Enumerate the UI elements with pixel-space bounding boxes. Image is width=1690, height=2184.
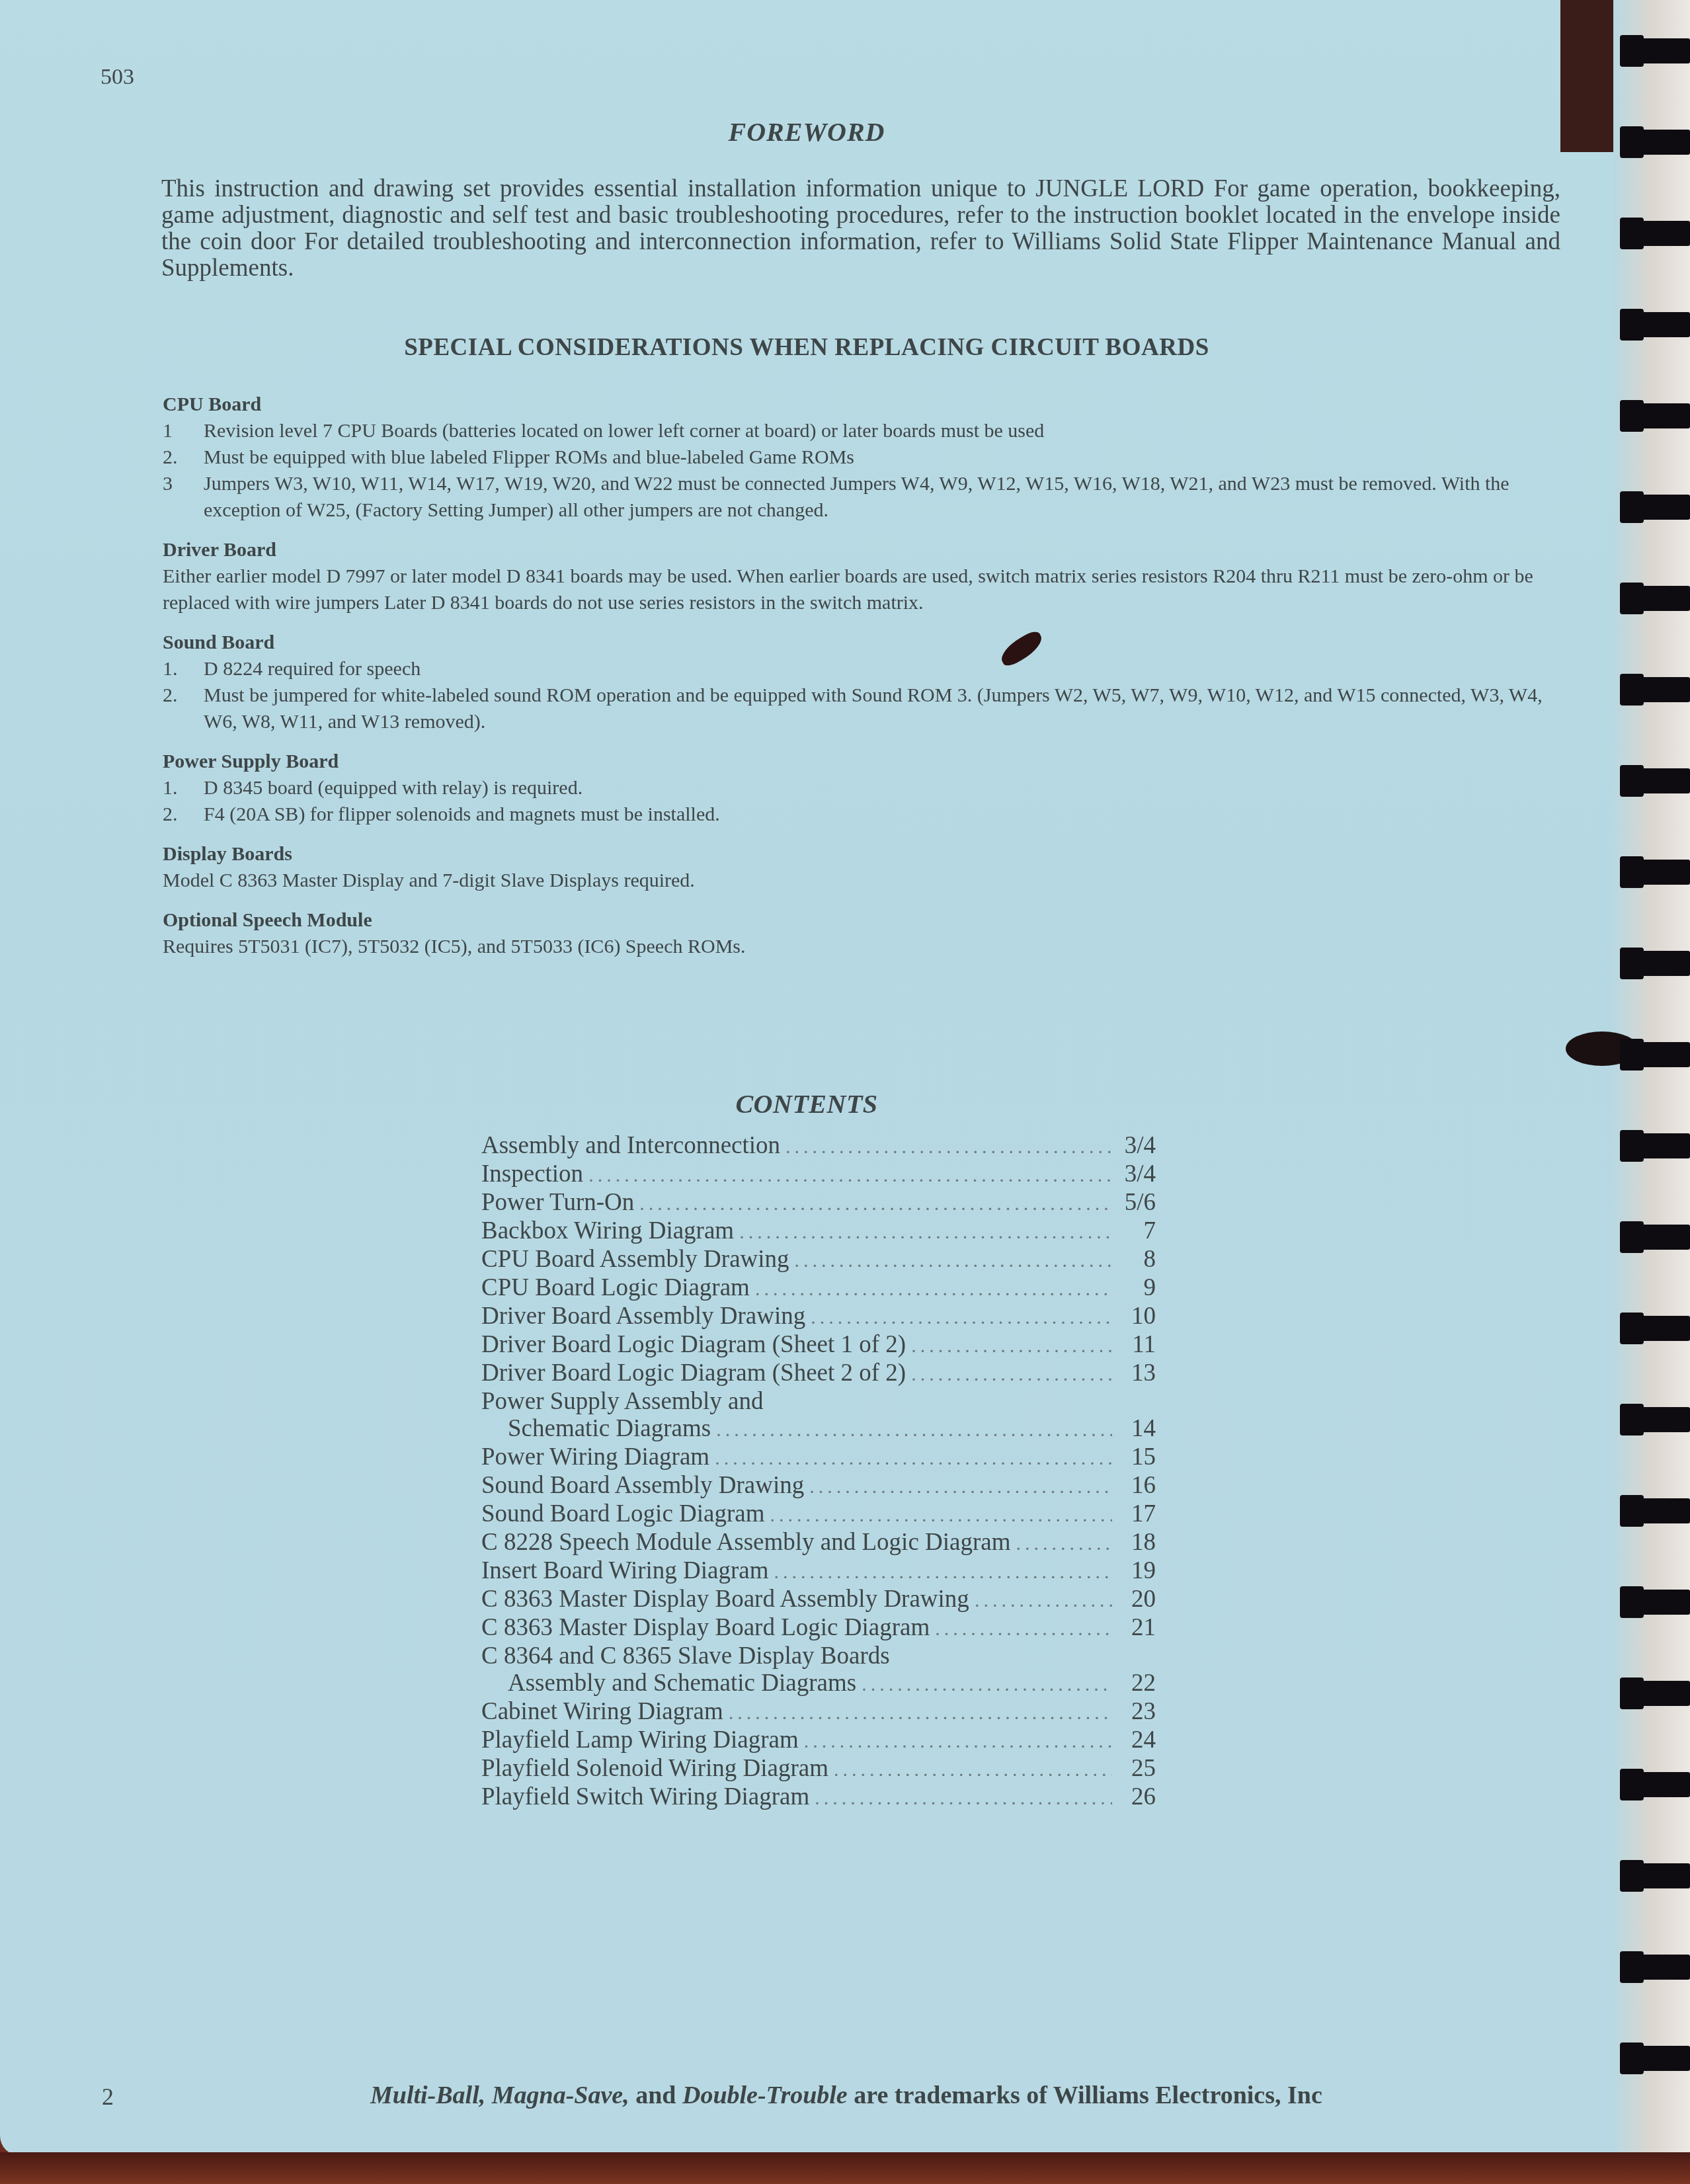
binding-ring — [1621, 860, 1690, 885]
toc-entry: Power Supply Assembly and — [481, 1388, 1156, 1415]
item-text: Jumpers W3, W10, W11, W14, W17, W19, W20… — [204, 471, 1564, 524]
list-item: 1Revision level 7 CPU Boards (batteries … — [163, 418, 1564, 444]
toc-entry: Power Turn-On...........................… — [481, 1189, 1156, 1217]
toc-entry: C 8363 Master Display Board Assembly Dra… — [481, 1586, 1156, 1614]
binding-ring — [1621, 1772, 1690, 1797]
item-text: Revision level 7 CPU Boards (batteries l… — [204, 418, 1044, 444]
section-cpu-board: CPU Board1Revision level 7 CPU Boards (b… — [163, 391, 1564, 524]
binding-ring — [1621, 1225, 1690, 1250]
toc-leader-dots: ........................................… — [834, 1756, 1112, 1783]
toc-entry: Sound Board Assembly Drawing............… — [481, 1472, 1156, 1500]
section-text: Either earlier model D 7997 or later mod… — [163, 563, 1564, 616]
trademark-names-1: Multi-Ball, Magna-Save, — [370, 2082, 629, 2109]
page-number-top: 503 — [101, 65, 134, 90]
section-driver-board: Driver BoardEither earlier model D 7997 … — [163, 537, 1564, 616]
binding-ring — [1621, 1316, 1690, 1341]
toc-entry: CPU Board Logic Diagram.................… — [481, 1274, 1156, 1303]
trademark-notice: Multi-Ball, Magna-Save, and Double-Troub… — [370, 2081, 1322, 2110]
toc-leader-dots: ........................................… — [729, 1699, 1112, 1726]
toc-label: Playfield Lamp Wiring Diagram — [481, 1726, 799, 1754]
toc-label: Playfield Switch Wiring Diagram — [481, 1783, 809, 1810]
binding-ring — [1621, 1133, 1690, 1158]
toc-leader-dots: ........................................… — [785, 1133, 1112, 1160]
item-number: 1. — [163, 656, 204, 682]
toc-page: 16 — [1117, 1472, 1156, 1499]
toc-page: 21 — [1117, 1614, 1156, 1641]
toc-leader-dots: ........................................… — [862, 1671, 1112, 1698]
toc-entry: Playfield Switch Wiring Diagram.........… — [481, 1783, 1156, 1812]
binding-ring — [1621, 677, 1690, 702]
section-optional-speech-module: Optional Speech ModuleRequires 5T5031 (I… — [163, 907, 1564, 960]
list-item: 2.F4 (20A SB) for flipper solenoids and … — [163, 801, 1564, 828]
toc-label: Driver Board Logic Diagram (Sheet 2 of 2… — [481, 1359, 906, 1387]
page-bottom-edge — [0, 2152, 1690, 2184]
toc-page: 26 — [1117, 1783, 1156, 1810]
toc-page: 8 — [1117, 1246, 1156, 1273]
toc-leader-dots: ........................................… — [935, 1615, 1112, 1642]
binding-ring — [1621, 38, 1690, 63]
list-item: 2.Must be jumpered for white-labeled sou… — [163, 682, 1564, 735]
toc-entry: Playfield Lamp Wiring Diagram...........… — [481, 1726, 1156, 1755]
binding-ring — [1621, 586, 1690, 611]
section-heading: Optional Speech Module — [163, 907, 1564, 934]
toc-leader-dots: ........................................… — [804, 1728, 1112, 1755]
toc-page: 10 — [1117, 1303, 1156, 1330]
toc-label: C 8364 and C 8365 Slave Display Boards — [481, 1642, 890, 1670]
section-power-supply-board: Power Supply Board1.D 8345 board (equipp… — [163, 748, 1564, 828]
toc-leader-dots: ........................................… — [975, 1587, 1112, 1614]
toc-leader-dots: ........................................… — [774, 1558, 1112, 1586]
item-number: 2. — [163, 682, 204, 735]
list-item: 1.D 8345 board (equipped with relay) is … — [163, 775, 1564, 801]
toc-page: 13 — [1117, 1359, 1156, 1387]
toc-label: Inspection — [481, 1160, 583, 1188]
table-of-contents: Assembly and Interconnection............… — [481, 1132, 1156, 1812]
toc-entry: Driver Board Logic Diagram (Sheet 1 of 2… — [481, 1331, 1156, 1359]
trademark-and: and — [629, 2082, 682, 2109]
toc-entry: Backbox Wiring Diagram..................… — [481, 1217, 1156, 1246]
toc-label: Playfield Solenoid Wiring Diagram — [481, 1755, 828, 1782]
item-number: 1. — [163, 775, 204, 801]
binding-ring — [1621, 403, 1690, 428]
special-considerations-title: SPECIAL CONSIDERATIONS WHEN REPLACING CI… — [0, 333, 1613, 362]
binding-ring — [1621, 1955, 1690, 1980]
toc-label: Insert Board Wiring Diagram — [481, 1557, 769, 1584]
toc-leader-dots: ........................................… — [911, 1332, 1112, 1359]
list-item: 2.Must be equipped with blue labeled Fli… — [163, 444, 1564, 471]
toc-leader-dots: ........................................… — [716, 1416, 1112, 1443]
section-display-boards: Display BoardsModel C 8363 Master Displa… — [163, 841, 1564, 894]
toc-label: Sound Board Assembly Drawing — [481, 1472, 804, 1499]
toc-page: 5/6 — [1117, 1189, 1156, 1216]
section-sound-board: Sound Board1.D 8224 required for speech2… — [163, 629, 1564, 735]
toc-page: 3/4 — [1117, 1132, 1156, 1159]
toc-page: 23 — [1117, 1698, 1156, 1725]
toc-label: CPU Board Assembly Drawing — [481, 1246, 789, 1273]
toc-label: Schematic Diagrams — [481, 1415, 711, 1442]
toc-entry: Assembly and Schematic Diagrams.........… — [481, 1670, 1156, 1698]
toc-label: Assembly and Interconnection — [481, 1132, 780, 1159]
toc-leader-dots: ........................................… — [1016, 1530, 1112, 1557]
toc-entry: C 8228 Speech Module Assembly and Logic … — [481, 1529, 1156, 1557]
binding-ring — [1621, 951, 1690, 976]
list-item: 3Jumpers W3, W10, W11, W14, W17, W19, W2… — [163, 471, 1564, 524]
toc-page: 19 — [1117, 1557, 1156, 1584]
toc-leader-dots: ........................................… — [795, 1247, 1112, 1274]
item-number: 1 — [163, 418, 204, 444]
item-number: 2. — [163, 801, 204, 828]
binding-ring — [1621, 1863, 1690, 1888]
foreword-title: FOREWORD — [0, 116, 1613, 147]
binding-ring — [1621, 1498, 1690, 1523]
toc-entry: Cabinet Wiring Diagram..................… — [481, 1698, 1156, 1726]
toc-leader-dots: ........................................… — [809, 1473, 1112, 1500]
toc-label: Power Supply Assembly and — [481, 1388, 764, 1415]
section-text: Model C 8363 Master Display and 7-digit … — [163, 868, 1564, 894]
item-text: D 8345 board (equipped with relay) is re… — [204, 775, 583, 801]
toc-leader-dots: ........................................… — [739, 1219, 1112, 1246]
item-text: F4 (20A SB) for flipper solenoids and ma… — [204, 801, 720, 828]
toc-entry: CPU Board Assembly Drawing..............… — [481, 1246, 1156, 1274]
trademark-text: are trademarks of Williams Electronics, … — [848, 2082, 1322, 2109]
binding-ring — [1621, 312, 1690, 337]
section-heading: Driver Board — [163, 537, 1564, 563]
trademark-names-2: Double-Trouble — [682, 2082, 848, 2109]
toc-label: Driver Board Assembly Drawing — [481, 1303, 805, 1330]
special-considerations-sections: CPU Board1Revision level 7 CPU Boards (b… — [163, 391, 1564, 973]
toc-label: C 8363 Master Display Board Logic Diagra… — [481, 1614, 930, 1641]
toc-leader-dots: ........................................… — [588, 1162, 1112, 1189]
toc-page: 17 — [1117, 1500, 1156, 1527]
toc-entry: Playfield Solenoid Wiring Diagram.......… — [481, 1755, 1156, 1783]
item-text: D 8224 required for speech — [204, 656, 421, 682]
toc-label: Cabinet Wiring Diagram — [481, 1698, 723, 1725]
toc-entry: Schematic Diagrams......................… — [481, 1415, 1156, 1443]
toc-label: Power Wiring Diagram — [481, 1443, 709, 1471]
toc-leader-dots: ........................................… — [639, 1190, 1112, 1217]
binding-ring — [1621, 130, 1690, 155]
toc-label: C 8363 Master Display Board Assembly Dra… — [481, 1586, 969, 1613]
toc-page: 11 — [1117, 1331, 1156, 1358]
toc-label: Backbox Wiring Diagram — [481, 1217, 734, 1244]
toc-page: 9 — [1117, 1274, 1156, 1301]
toc-leader-dots: ........................................… — [811, 1304, 1112, 1331]
toc-page: 3/4 — [1117, 1160, 1156, 1188]
toc-leader-dots: ........................................… — [815, 1785, 1112, 1812]
section-heading: CPU Board — [163, 391, 1564, 418]
toc-page: 15 — [1117, 1443, 1156, 1471]
toc-leader-dots: ........................................… — [770, 1502, 1113, 1529]
toc-page: 14 — [1117, 1415, 1156, 1442]
section-heading: Sound Board — [163, 629, 1564, 656]
toc-entry: C 8364 and C 8365 Slave Display Boards — [481, 1642, 1156, 1670]
item-number: 3 — [163, 471, 204, 524]
toc-leader-dots: ........................................… — [715, 1445, 1112, 1472]
binding-ring — [1621, 221, 1690, 246]
toc-page: 25 — [1117, 1755, 1156, 1782]
binding-ring — [1621, 1681, 1690, 1706]
toc-leader-dots: ........................................… — [911, 1361, 1112, 1388]
foreword-body: This instruction and drawing set provide… — [161, 176, 1560, 282]
toc-entry: Inspection..............................… — [481, 1160, 1156, 1189]
section-text: Requires 5T5031 (IC7), 5T5032 (IC5), and… — [163, 934, 1564, 960]
toc-entry: Driver Board Assembly Drawing...........… — [481, 1303, 1156, 1331]
section-heading: Power Supply Board — [163, 748, 1564, 775]
toc-label: Power Turn-On — [481, 1189, 634, 1216]
item-text: Must be equipped with blue labeled Flipp… — [204, 444, 854, 471]
toc-entry: Power Wiring Diagram....................… — [481, 1443, 1156, 1472]
toc-label: C 8228 Speech Module Assembly and Logic … — [481, 1529, 1011, 1556]
toc-page: 20 — [1117, 1586, 1156, 1613]
toc-label: Assembly and Schematic Diagrams — [481, 1670, 856, 1697]
toc-entry: Assembly and Interconnection............… — [481, 1132, 1156, 1160]
document-page — [0, 0, 1613, 2156]
list-item: 1.D 8224 required for speech — [163, 656, 1564, 682]
contents-title: CONTENTS — [0, 1088, 1613, 1119]
toc-entry: Sound Board Logic Diagram...............… — [481, 1500, 1156, 1529]
section-heading: Display Boards — [163, 841, 1564, 868]
page-number-bottom: 2 — [102, 2083, 114, 2111]
item-text: Must be jumpered for white-labeled sound… — [204, 682, 1564, 735]
binding-ring — [1621, 1407, 1690, 1432]
toc-entry: C 8363 Master Display Board Logic Diagra… — [481, 1614, 1156, 1642]
binding-ring — [1621, 768, 1690, 793]
item-number: 2. — [163, 444, 204, 471]
binding-ring — [1621, 2046, 1690, 2071]
toc-page: 18 — [1117, 1529, 1156, 1556]
binding-ring — [1621, 495, 1690, 520]
toc-entry: Insert Board Wiring Diagram.............… — [481, 1557, 1156, 1586]
binding-ring — [1621, 1590, 1690, 1615]
toc-page: 7 — [1117, 1217, 1156, 1244]
toc-leader-dots: ........................................… — [755, 1275, 1112, 1303]
toc-label: Driver Board Logic Diagram (Sheet 1 of 2… — [481, 1331, 906, 1358]
binding-ring — [1621, 1042, 1690, 1067]
toc-label: CPU Board Logic Diagram — [481, 1274, 750, 1301]
toc-label: Sound Board Logic Diagram — [481, 1500, 765, 1527]
toc-entry: Driver Board Logic Diagram (Sheet 2 of 2… — [481, 1359, 1156, 1388]
toc-page: 22 — [1117, 1670, 1156, 1697]
toc-page: 24 — [1117, 1726, 1156, 1754]
